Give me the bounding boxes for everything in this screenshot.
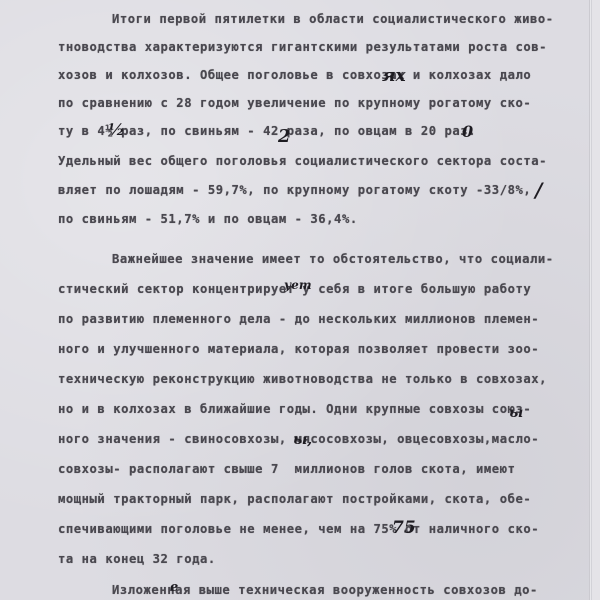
text-line: та на конец 32 года. xyxy=(58,552,216,566)
text-line: по сравнению с 28 годом увеличение по кр… xyxy=(58,96,531,110)
text-line: по свиньям - 51,7% и по овцам - 36,4%. xyxy=(58,212,358,226)
scanned-document-page: Итоги первой пятилетки в области социали… xyxy=(0,0,600,600)
handwritten-correction: ует xyxy=(284,278,312,292)
text-line: Важнейшее значение имеет то обстоятельст… xyxy=(112,252,554,266)
handwritten-correction: 0 xyxy=(462,122,473,141)
handwritten-correction: 2 xyxy=(278,126,291,147)
text-line: ного и улучшенного материала, которая по… xyxy=(58,342,539,356)
text-line: спечивающими поголовье не менее, чем на … xyxy=(58,522,539,536)
handwritten-correction: ы, xyxy=(293,432,312,448)
handwritten-correction: е xyxy=(170,580,178,595)
text-line: хозов и колхозов. Общее поголовье в совх… xyxy=(58,68,531,82)
text-line: Удельный вес общего поголовья социалисти… xyxy=(58,154,547,168)
handwritten-correction: ях xyxy=(382,66,406,86)
handwritten-correction: ½ xyxy=(108,120,125,139)
text-line: вляет по лошадям - 59,7%, по крупному ро… xyxy=(58,183,531,197)
handwritten-correction: / xyxy=(535,178,542,202)
handwritten-correction: ы xyxy=(509,405,523,421)
text-line: совхозы- располагают свыше 7 миллионов г… xyxy=(58,462,515,476)
text-line: мощный тракторный парк, располагают пост… xyxy=(58,492,531,506)
text-line: по развитию племенного дела - до несколь… xyxy=(58,312,539,326)
handwritten-correction: 75 xyxy=(392,518,416,538)
page-edge xyxy=(592,0,600,600)
text-line: техническую реконструкцию животноводства… xyxy=(58,372,547,386)
text-line: тноводства характеризуются гигантскими р… xyxy=(58,40,547,54)
text-line: но и в колхозах в ближайшие годы. Одни к… xyxy=(58,402,531,416)
text-line: Итоги первой пятилетки в области социали… xyxy=(112,12,554,26)
